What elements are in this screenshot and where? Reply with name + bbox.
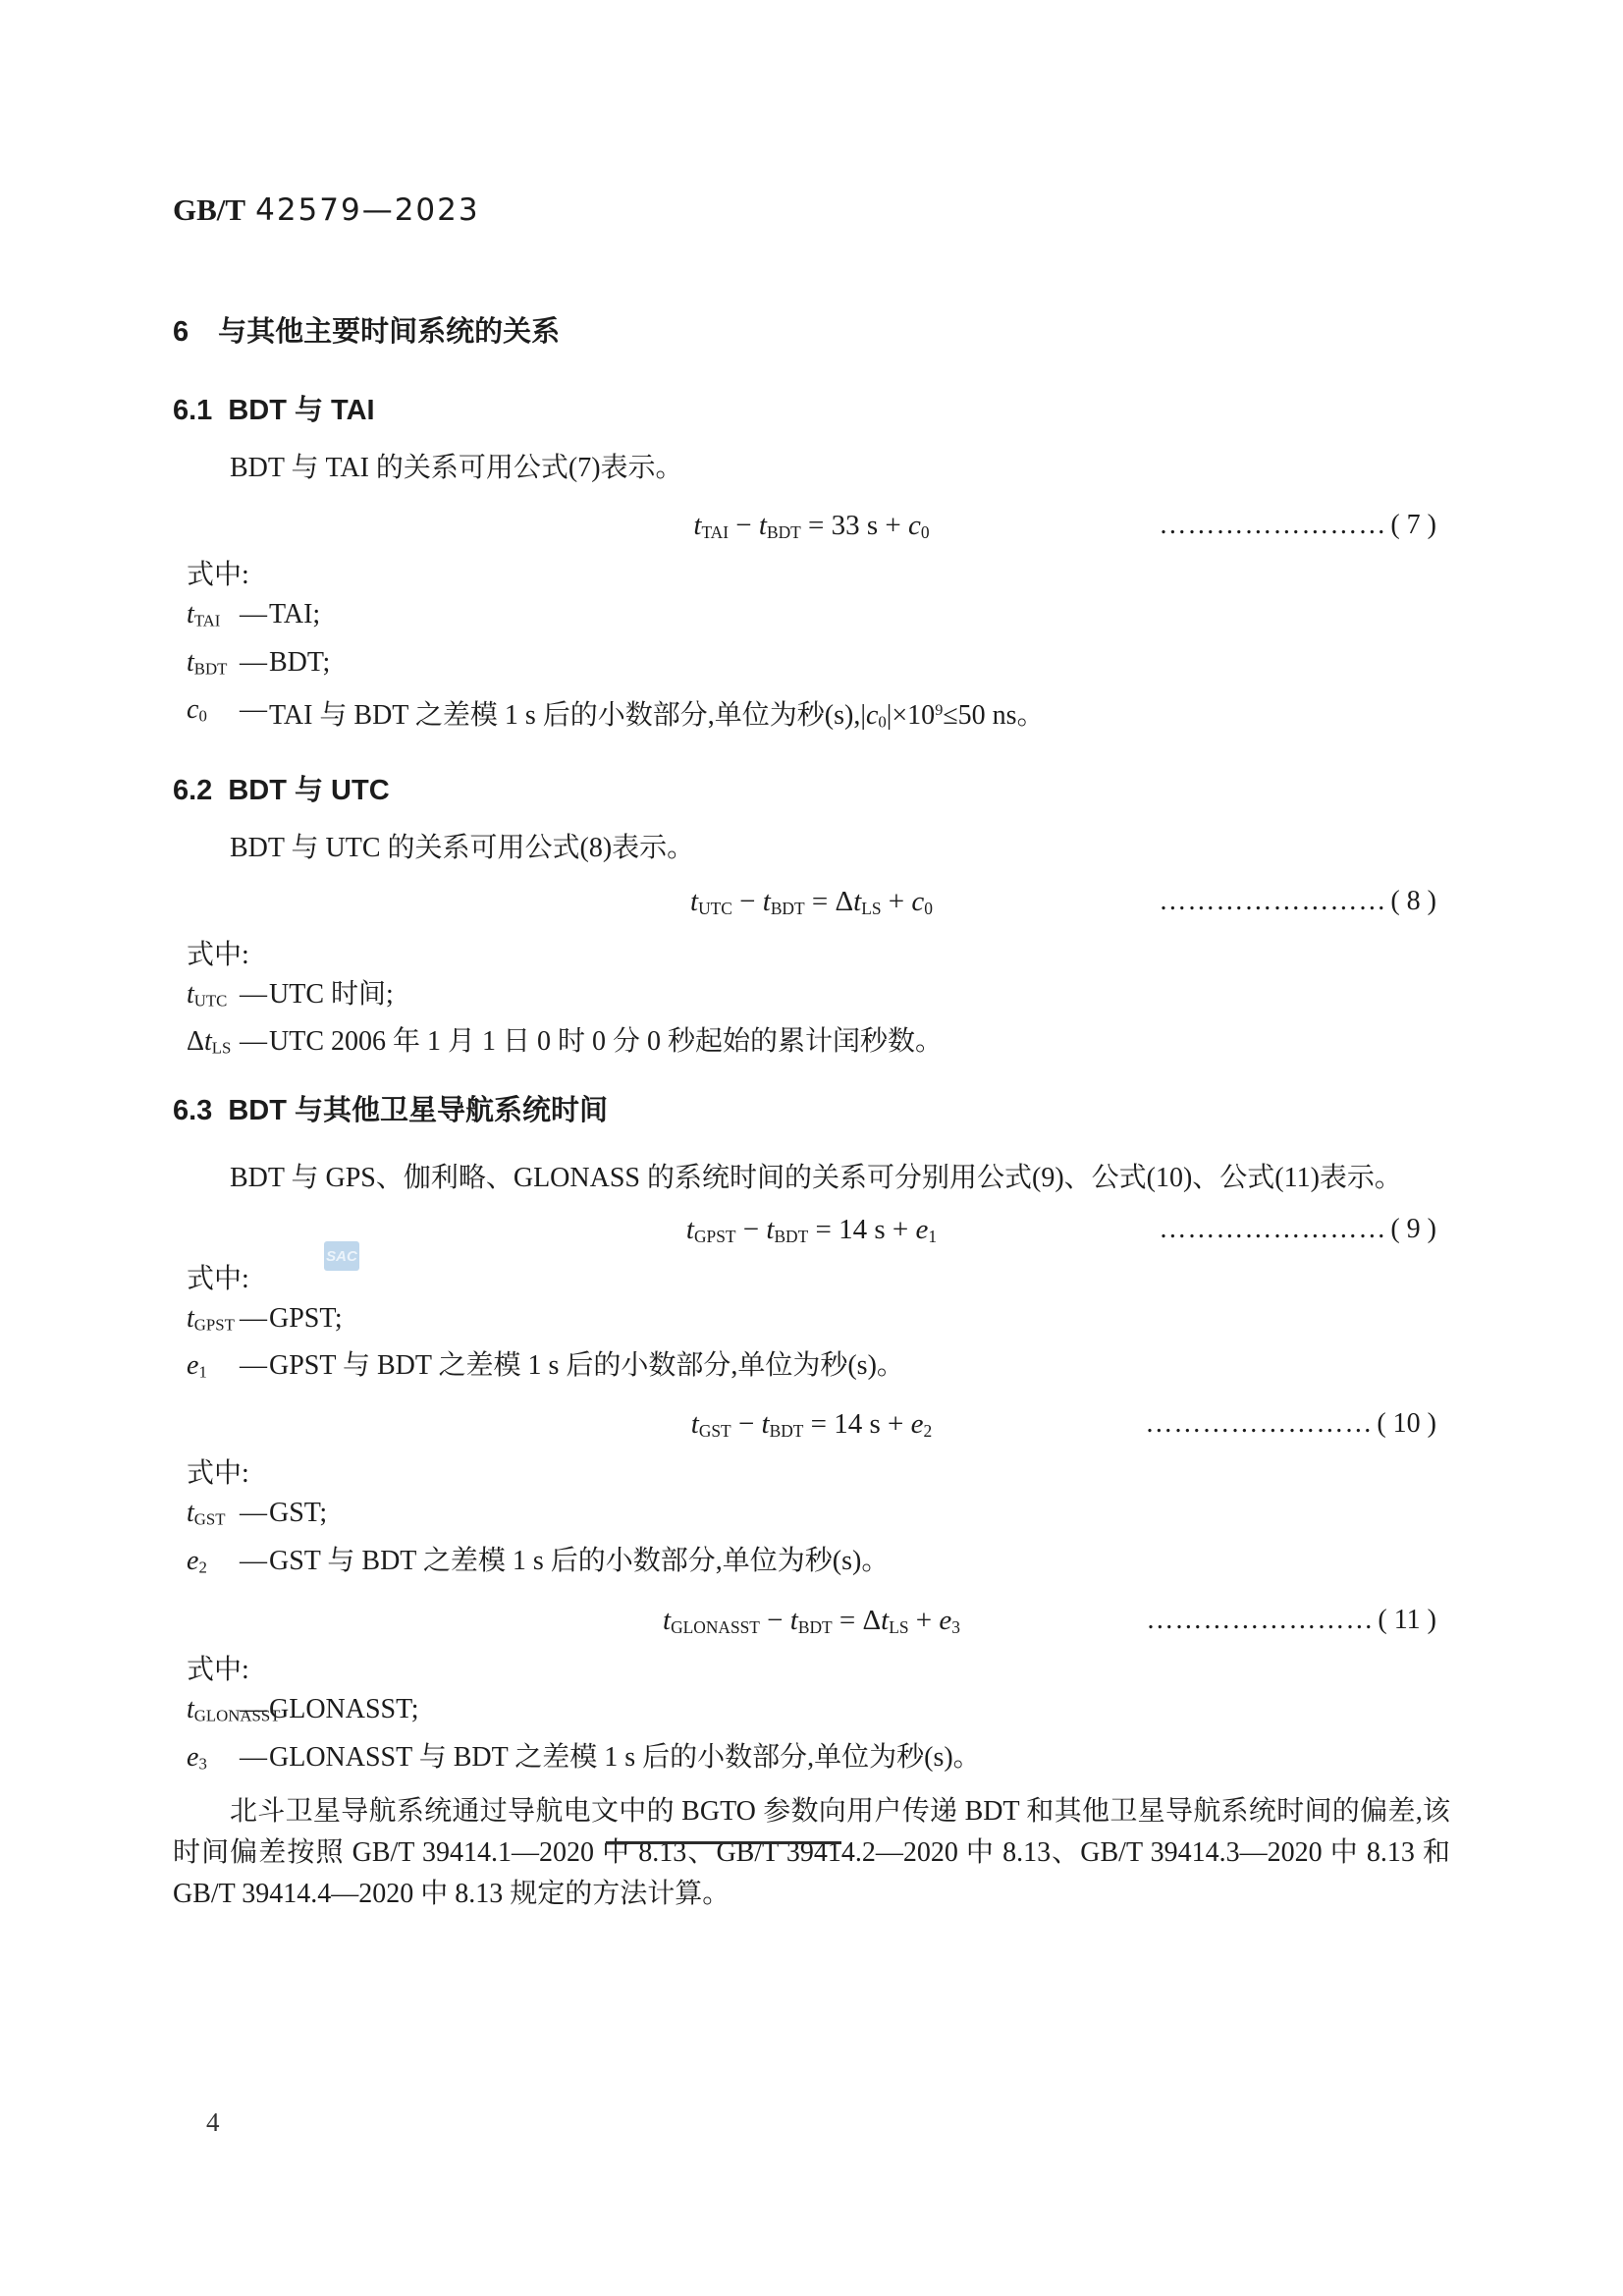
page-number: 4 (206, 2107, 220, 2138)
definition-symbol: tBDT (187, 646, 240, 686)
page-content: GB/T42579—2023 6与其他主要时间系统的关系 6.1BDT 与 TA… (173, 0, 1450, 1915)
definition-symbol: e1 (187, 1349, 240, 1390)
standard-header: GB/T42579—2023 (173, 194, 1450, 226)
definition-symbol: c0 (187, 693, 240, 739)
definition-dash: — (240, 598, 269, 638)
formula-11-tail: ……………………( 11 ) (1146, 1602, 1436, 1639)
definition-symbol: tGLONASST (187, 1693, 240, 1733)
formula-8-tail: ……………………( 8 ) (1159, 883, 1436, 920)
definition-dash: — (240, 1693, 269, 1733)
formula-9-tail: ……………………( 9 ) (1159, 1211, 1436, 1248)
formula-7-row: tTAI − tBDT = 33 s + c0 ……………………( 7 ) (173, 507, 1450, 551)
formula-7-number: ( 7 ) (1390, 510, 1436, 540)
paragraph-6-2-intro: BDT 与 UTC 的关系可用公式(8)表示。 (173, 834, 1450, 863)
where-label: 式中: (173, 1459, 1450, 1489)
definition-dash: — (240, 1302, 269, 1342)
definition-row: e1 — GPST 与 BDT 之差模 1 s 后的小数部分,单位为秒(s)。 (173, 1349, 1450, 1390)
definition-dash: — (240, 1741, 269, 1781)
definition-dash: — (240, 1349, 269, 1390)
formula-8-row: tUTC − tBDT = ΔtLS + c0 ……………………( 8 ) (173, 883, 1450, 927)
definition-row: tTAI — TAI; (173, 598, 1450, 638)
formula-11-row: tGLONASST − tBDT = ΔtLS + e3 ……………………( 1… (173, 1602, 1450, 1646)
definition-description: TAI 与 BDT 之差模 1 s 后的小数部分,单位为秒(s),|c0|×10… (269, 693, 1450, 739)
formula-10-tail: ……………………( 10 ) (1145, 1405, 1436, 1443)
definition-dash: — (240, 693, 269, 739)
section-6-3-heading: 6.3BDT 与其他卫星导航系统时间 (173, 1095, 1450, 1126)
definition-description: TAI; (269, 598, 1450, 638)
section-number: 6.3 (173, 1095, 212, 1126)
definition-description: GPST 与 BDT 之差模 1 s 后的小数部分,单位为秒(s)。 (269, 1349, 1450, 1390)
definition-row: e2 — GST 与 BDT 之差模 1 s 后的小数部分,单位为秒(s)。 (173, 1545, 1450, 1585)
definition-description: BDT; (269, 646, 1450, 686)
definition-symbol: tGPST (187, 1302, 240, 1342)
definition-dash: — (240, 1025, 269, 1066)
definition-description: GLONASST 与 BDT 之差模 1 s 后的小数部分,单位为秒(s)。 (269, 1741, 1450, 1781)
document-page: SAC GB/T42579—2023 6与其他主要时间系统的关系 6.1BDT … (0, 0, 1623, 2296)
formula-10-expression: tGST − tBDT = 14 s + e2 (691, 1405, 932, 1449)
definition-row: tGPST — GPST; (173, 1302, 1450, 1342)
section-number: 6.1 (173, 395, 212, 426)
definition-row: ΔtLS — UTC 2006 年 1 月 1 日 0 时 0 分 0 秒起始的… (173, 1025, 1450, 1066)
definition-dash: — (240, 1545, 269, 1585)
formula-9-number: ( 9 ) (1390, 1214, 1436, 1244)
standard-code: GB/T (173, 192, 245, 227)
where-label: 式中: (173, 941, 1450, 970)
paragraph-6-3-intro: BDT 与 GPS、伽利略、GLONASS 的系统时间的关系可分别用公式(9)、… (173, 1164, 1450, 1193)
formula-9-expression: tGPST − tBDT = 14 s + e1 (686, 1211, 937, 1255)
section-title: BDT 与 TAI (228, 395, 374, 426)
definition-dash: — (240, 646, 269, 686)
where-label: 式中: (173, 1656, 1450, 1685)
definition-description: GPST; (269, 1302, 1450, 1342)
definition-row: tGST — GST; (173, 1497, 1450, 1537)
definition-dash: — (240, 1497, 269, 1537)
section-title: BDT 与 UTC (228, 775, 389, 806)
section-number: 6.2 (173, 775, 212, 806)
definition-dash: — (240, 978, 269, 1018)
formula-11-expression: tGLONASST − tBDT = ΔtLS + e3 (663, 1602, 960, 1646)
formula-10-number: ( 10 ) (1377, 1408, 1436, 1439)
definition-symbol: tUTC (187, 978, 240, 1018)
formula-11-number: ( 11 ) (1378, 1605, 1436, 1635)
definition-symbol: tTAI (187, 598, 240, 638)
definition-description: UTC 2006 年 1 月 1 日 0 时 0 分 0 秒起始的累计闰秒数。 (269, 1025, 1450, 1066)
end-of-text-divider (606, 1841, 841, 1844)
definition-symbol: ΔtLS (187, 1025, 240, 1066)
definition-symbol: e2 (187, 1545, 240, 1585)
definition-description: GLONASST; (269, 1693, 1450, 1733)
formula-dots-leader: …………………… (1159, 510, 1386, 540)
formula-dots-leader: …………………… (1145, 1408, 1373, 1439)
formula-7-tail: ……………………( 7 ) (1159, 507, 1436, 544)
where-label: 式中: (173, 1265, 1450, 1294)
definition-symbol: tGST (187, 1497, 240, 1537)
definition-row: e3 — GLONASST 与 BDT 之差模 1 s 后的小数部分,单位为秒(… (173, 1741, 1450, 1781)
where-label: 式中: (173, 561, 1450, 590)
definition-description: GST; (269, 1497, 1450, 1537)
section-title: 与其他主要时间系统的关系 (218, 316, 560, 348)
formula-dots-leader: …………………… (1159, 1214, 1386, 1244)
formula-dots-leader: …………………… (1159, 886, 1386, 916)
definition-symbol: e3 (187, 1741, 240, 1781)
formula-8-expression: tUTC − tBDT = ΔtLS + c0 (690, 883, 933, 927)
section-number: 6 (173, 316, 189, 348)
section-6-heading: 6与其他主要时间系统的关系 (173, 316, 1450, 348)
definition-description: UTC 时间; (269, 978, 1450, 1018)
definition-row: tGLONASST — GLONASST; (173, 1693, 1450, 1733)
section-6-2-heading: 6.2BDT 与 UTC (173, 775, 1450, 806)
definition-row: tBDT — BDT; (173, 646, 1450, 686)
definition-row: c0 — TAI 与 BDT 之差模 1 s 后的小数部分,单位为秒(s),|c… (173, 693, 1450, 739)
closing-paragraph: 北斗卫星导航系统通过导航电文中的 BGTO 参数向用户传递 BDT 和其他卫星导… (173, 1791, 1450, 1915)
formula-10-row: tGST − tBDT = 14 s + e2 ……………………( 10 ) (173, 1405, 1450, 1449)
section-6-1-heading: 6.1BDT 与 TAI (173, 395, 1450, 426)
definition-row: tUTC — UTC 时间; (173, 978, 1450, 1018)
paragraph-6-1-intro: BDT 与 TAI 的关系可用公式(7)表示。 (173, 454, 1450, 483)
standard-number: 42579—2023 (255, 192, 480, 228)
formula-dots-leader: …………………… (1146, 1605, 1374, 1635)
formula-9-row: tGPST − tBDT = 14 s + e1 ……………………( 9 ) (173, 1211, 1450, 1255)
definition-description: GST 与 BDT 之差模 1 s 后的小数部分,单位为秒(s)。 (269, 1545, 1450, 1585)
section-title: BDT 与其他卫星导航系统时间 (228, 1095, 608, 1126)
formula-7-expression: tTAI − tBDT = 33 s + c0 (693, 507, 929, 551)
formula-8-number: ( 8 ) (1390, 886, 1436, 916)
